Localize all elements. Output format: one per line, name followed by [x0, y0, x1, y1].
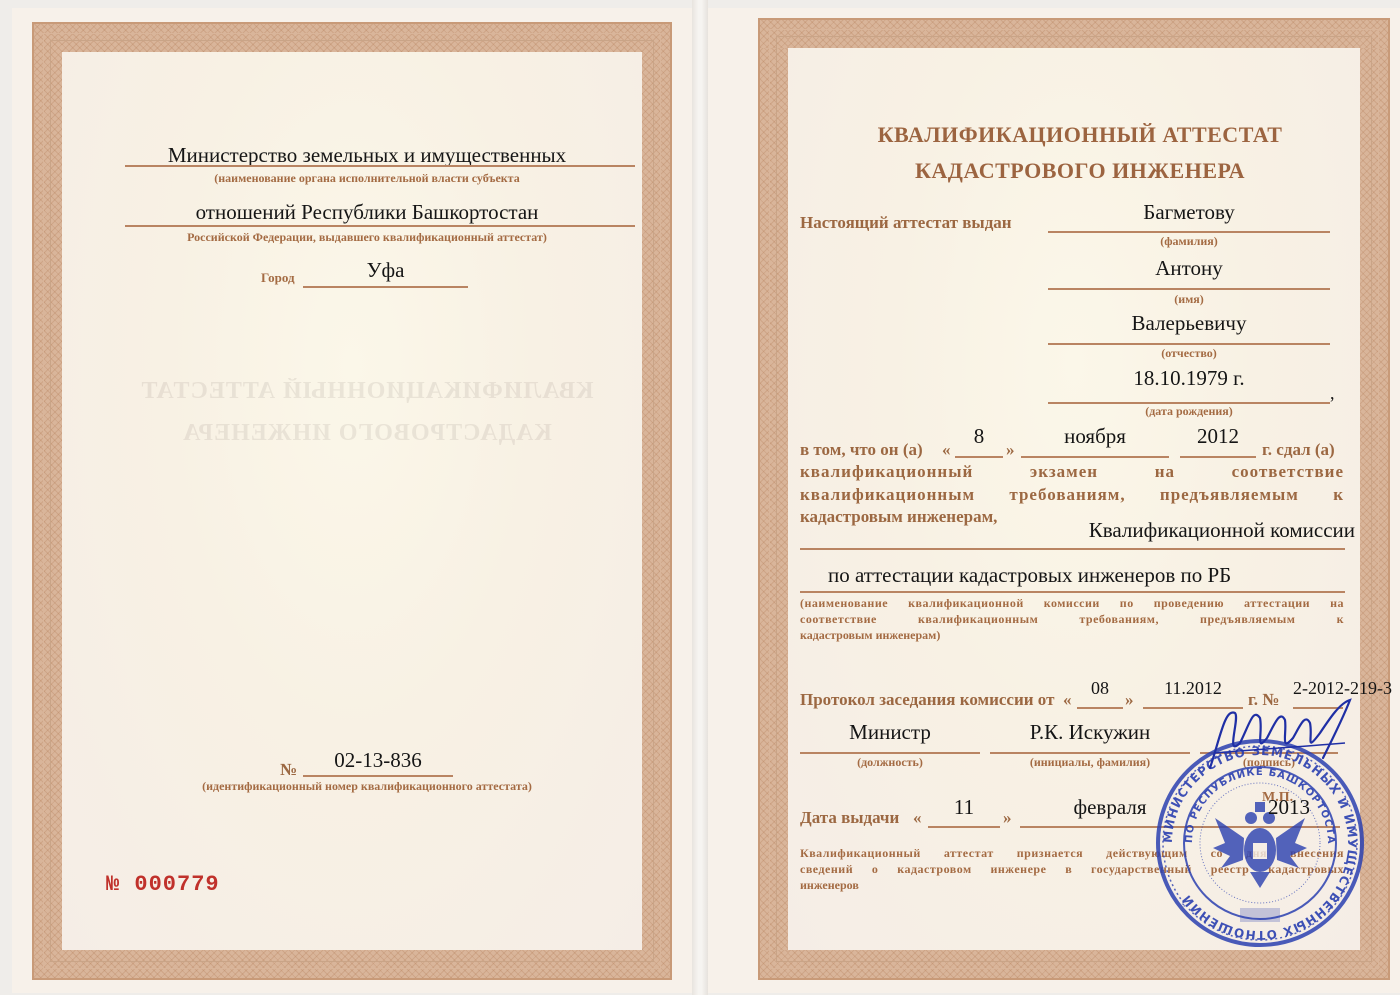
- city-label: Город: [261, 270, 295, 286]
- position-rule: [800, 752, 980, 754]
- protocol-number-label: г. №: [1248, 690, 1279, 710]
- issuer-caption-1: (наименование органа исполнительной влас…: [0, 171, 734, 186]
- protocol-day: 08: [1077, 678, 1123, 699]
- id-number-rule: [303, 775, 453, 777]
- signatory-caption: (инициалы, фамилия): [990, 755, 1190, 770]
- issue-year: 2013: [1268, 795, 1310, 820]
- watermark-line-1: КВАЛИФИКАЦИОННЫЙ АТТЕСТАТ: [0, 378, 734, 405]
- signature-rule: [1200, 752, 1338, 754]
- issuer-caption-2: Российской Федерации, выдавшего квалифик…: [0, 230, 734, 245]
- certificate-title-line-2: КАДАСТРОВОГО ИНЖЕНЕРА: [770, 158, 1390, 184]
- watermark-line-2: КАДАСТРОВОГО ИНЖЕНЕРА: [0, 420, 734, 447]
- exam-year-rule: [1180, 456, 1256, 458]
- name-caption: (имя): [1048, 292, 1330, 307]
- protocol-month-year-rule: [1143, 707, 1243, 709]
- commission-caption-2: соответствие квалификационным требования…: [800, 612, 1344, 627]
- exam-open-quote: «: [942, 440, 951, 460]
- issue-close-quote: »: [1003, 808, 1012, 828]
- position-caption: (должность): [800, 755, 980, 770]
- protocol-day-rule: [1077, 707, 1123, 709]
- commission-rule-2: [800, 591, 1345, 593]
- exam-line-3: квалификационным требованиям, предъявляе…: [800, 485, 1344, 505]
- serial-number: № 000779: [106, 872, 220, 897]
- issue-day-rule: [928, 826, 1000, 828]
- commission-rule-1: [800, 548, 1345, 550]
- protocol-month-year: 11.2012: [1143, 678, 1243, 699]
- exam-line-2: квалификационный экзамен на соответствие: [800, 462, 1344, 482]
- name-rule: [1048, 288, 1330, 290]
- signature-caption: (подпись): [1200, 755, 1338, 770]
- position-value: Министр: [800, 720, 980, 745]
- validity-line-3: инженеров: [800, 878, 859, 893]
- id-number-symbol: №: [280, 760, 297, 780]
- id-number-caption: (идентификационный номер квалификационно…: [0, 779, 734, 794]
- protocol-open-quote: «: [1063, 690, 1072, 710]
- exam-prefix: в том, что он (а): [800, 440, 923, 460]
- birth-date-caption: (дата рождения): [1048, 404, 1330, 419]
- commission-caption-3: кадастровым инженерам): [800, 628, 940, 643]
- validity-line-1: Квалификационный аттестат признается дей…: [800, 846, 1344, 861]
- protocol-number-value: 2-2012-219-3: [1293, 678, 1392, 699]
- commission-caption-1: (наименование квалификационной комиссии …: [800, 596, 1344, 611]
- signatory-rule: [990, 752, 1190, 754]
- issue-open-quote: «: [913, 808, 922, 828]
- issue-day: 11: [928, 795, 1000, 820]
- issue-date-label: Дата выдачи: [800, 808, 899, 828]
- exam-day-rule: [955, 456, 1003, 458]
- exam-day: 8: [955, 424, 1003, 449]
- protocol-number-rule: [1293, 707, 1343, 709]
- birth-date-value: 18.10.1979 г.: [1048, 366, 1330, 391]
- city-value: Уфа: [303, 258, 468, 283]
- signatory-value: Р.К. Искужин: [990, 720, 1190, 745]
- exam-suffix: г. сдал (а): [1262, 440, 1335, 460]
- issue-month-rule: [1020, 826, 1340, 828]
- patronymic-rule: [1048, 343, 1330, 345]
- issue-month: февраля: [1020, 795, 1200, 820]
- exam-close-quote: »: [1006, 440, 1015, 460]
- exam-month-rule: [1021, 456, 1169, 458]
- exam-line-4: кадастровым инженерам,: [800, 507, 997, 527]
- patronymic-caption: (отчество): [1048, 346, 1330, 361]
- city-rule: [303, 286, 468, 288]
- validity-line-2: сведений о кадастровом инженере в госуда…: [800, 862, 1344, 877]
- issuer-line-2: отношений Республики Башкортостан: [0, 200, 734, 225]
- protocol-close-quote: »: [1125, 690, 1134, 710]
- commission-value-2: по аттестации кадастровых инженеров по Р…: [800, 563, 1345, 588]
- exam-year: 2012: [1180, 424, 1256, 449]
- surname-value: Багметову: [1048, 200, 1330, 225]
- surname-rule: [1048, 231, 1330, 233]
- exam-month: ноября: [1021, 424, 1169, 449]
- certificate-title-line-1: КВАЛИФИКАЦИОННЫЙ АТТЕСТАТ: [770, 122, 1390, 148]
- id-number-value: 02-13-836: [303, 748, 453, 773]
- patronymic-value: Валерьевичу: [1048, 311, 1330, 336]
- commission-value-1: Квалификационной комиссии: [1000, 518, 1355, 543]
- name-value: Антону: [1048, 256, 1330, 281]
- issuer-rule-1: [125, 165, 635, 167]
- birth-date-comma: ,: [1330, 383, 1335, 404]
- issued-to-label: Настоящий аттестат выдан: [800, 213, 1012, 233]
- issuer-rule-2: [125, 225, 635, 227]
- protocol-label: Протокол заседания комиссии от: [800, 690, 1054, 710]
- surname-caption: (фамилия): [1048, 234, 1330, 249]
